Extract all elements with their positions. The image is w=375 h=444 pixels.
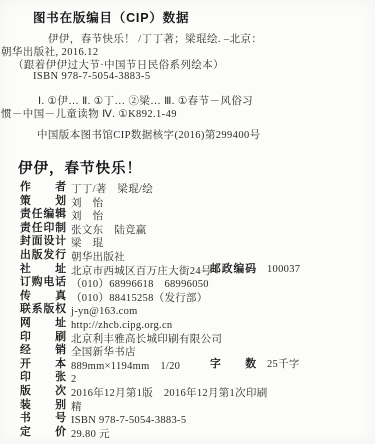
colophon-label: 开 本 bbox=[20, 358, 66, 372]
colophon-label: 出版发行 bbox=[20, 249, 66, 263]
colophon-row-author: 作 者丁丁/著 梁琨/绘 bbox=[20, 181, 370, 195]
colophon-label: 责任印制 bbox=[20, 222, 66, 236]
colophon-row-publisher: 出版发行朝华出版社 bbox=[20, 249, 370, 263]
colophon-row-format: 开 本889mm×1194mm 1/20 字 数 25千字 bbox=[20, 358, 370, 372]
colophon-label: 印 张 bbox=[20, 371, 66, 385]
colophon-value: 刘 怡 bbox=[71, 211, 103, 222]
colophon-label: 书 号 bbox=[20, 412, 66, 426]
colophon-value: （010）68996618 68996050 bbox=[71, 279, 209, 290]
colophon-value: 精 bbox=[71, 402, 82, 413]
colophon-value: （010）88415258（发行部） bbox=[71, 293, 208, 304]
colophon-value: 丁丁/著 梁琨/绘 bbox=[71, 184, 153, 195]
colophon-row-fax: 传 真（010）88415258（发行部） bbox=[20, 290, 370, 304]
colophon-row-cover-design: 封面设计梁 琨 bbox=[20, 235, 370, 249]
word-count-label: 字 数 bbox=[210, 358, 256, 372]
colophon-label: 封面设计 bbox=[20, 235, 66, 249]
colophon-value: 29.80 元 bbox=[71, 429, 110, 440]
colophon-label: 联系版权 bbox=[20, 303, 66, 317]
colophon-row-website: 网 址http://zhcb.cipg.org.cn bbox=[20, 317, 370, 331]
colophon-value: http://zhcb.cipg.org.cn bbox=[71, 320, 172, 331]
colophon-row-binding: 装 别精 bbox=[20, 399, 370, 413]
colophon-row-edition: 版 次2016年12月第1版 2016年12月第1次印刷 bbox=[20, 385, 370, 399]
cip-series-note: （跟着伊伊过大节·中国节日民俗系列绘本） bbox=[13, 57, 224, 72]
colophon-label: 网 址 bbox=[20, 317, 66, 331]
colophon-value: 梁 琨 bbox=[71, 238, 103, 249]
colophon-label: 订购电话 bbox=[20, 276, 66, 290]
colophon-value: 刘 怡 bbox=[71, 198, 103, 209]
cip-header: 图书在版编目（CIP）数据 bbox=[33, 8, 189, 26]
postal-code-label: 邮政编码 bbox=[210, 263, 256, 277]
colophon-value: 2 bbox=[71, 374, 77, 385]
colophon-row-planner: 策 划刘 怡 bbox=[20, 195, 370, 209]
colophon-table: 作 者丁丁/著 梁琨/绘 策 划刘 怡 责任编辑刘 怡 责任印制张文东 陆竞赢 … bbox=[20, 181, 370, 439]
copyright-page: 图书在版编目（CIP）数据 伊伊，春节快乐！ /丁丁著；梁琨绘. –北京： 朝华… bbox=[0, 0, 375, 444]
colophon-label: 定 价 bbox=[20, 426, 66, 440]
colophon-value: 北京市西城区百万庄大街24号 bbox=[71, 266, 212, 277]
book-title: 伊伊，春节快乐！ bbox=[18, 157, 142, 178]
colophon-label: 版 次 bbox=[20, 385, 66, 399]
colophon-row-editor: 责任编辑刘 怡 bbox=[20, 208, 370, 222]
cip-isbn: ISBN 978-7-5054-3883-5 bbox=[33, 71, 151, 82]
colophon-value: 张文东 陆竞赢 bbox=[71, 225, 147, 236]
colophon-value: j-yn@163.com bbox=[71, 306, 138, 317]
colophon-row-order-phone: 订购电话（010）68996618 68996050 bbox=[20, 276, 370, 290]
colophon-label: 作 者 bbox=[20, 181, 66, 195]
colophon-row-print-supervisor: 责任印制张文东 陆竞赢 bbox=[20, 222, 370, 236]
colophon-row-distributor: 经 销全国新华书店 bbox=[20, 344, 370, 358]
word-count-value: 25千字 bbox=[267, 358, 300, 372]
colophon-label: 经 销 bbox=[20, 344, 66, 358]
colophon-row-rights-contact: 联系版权j-yn@163.com bbox=[20, 303, 370, 317]
colophon-label: 传 真 bbox=[20, 290, 66, 304]
postal-code-value: 100037 bbox=[267, 263, 300, 277]
colophon-row-printer: 印 刷北京利丰雅高长城印刷有限公司 bbox=[20, 331, 370, 345]
colophon-label: 社 址 bbox=[20, 263, 66, 277]
colophon-label: 装 别 bbox=[20, 399, 66, 413]
colophon-value: 朝华出版社 bbox=[71, 252, 125, 263]
colophon-value: 2016年12月第1版 2016年12月第1次印刷 bbox=[71, 388, 268, 399]
colophon-label: 责任编辑 bbox=[20, 208, 66, 222]
colophon-label: 策 划 bbox=[20, 195, 66, 209]
colophon-value: 全国新华书店 bbox=[71, 347, 136, 358]
colophon-value: 889mm×1194mm 1/20 bbox=[71, 361, 180, 372]
colophon-row-sheets: 印 张2 bbox=[20, 371, 370, 385]
colophon-row-address: 社 址北京市西城区百万庄大街24号 邮政编码 100037 bbox=[20, 263, 370, 277]
cip-registry-number: 中国版本图书馆CIP数据核字(2016)第299400号 bbox=[37, 127, 261, 142]
cip-classification-line-2: 惯－中国－儿童读物 Ⅳ. ①K892.1-49 bbox=[1, 106, 177, 121]
colophon-label: 印 刷 bbox=[20, 331, 66, 345]
colophon-value: 北京利丰雅高长城印刷有限公司 bbox=[71, 334, 222, 345]
colophon-row-book-number: 书 号ISBN 978-7-5054-3883-5 bbox=[20, 412, 370, 426]
colophon-row-price: 定 价29.80 元 bbox=[20, 426, 370, 440]
colophon-value: ISBN 978-7-5054-3883-5 bbox=[71, 415, 186, 426]
